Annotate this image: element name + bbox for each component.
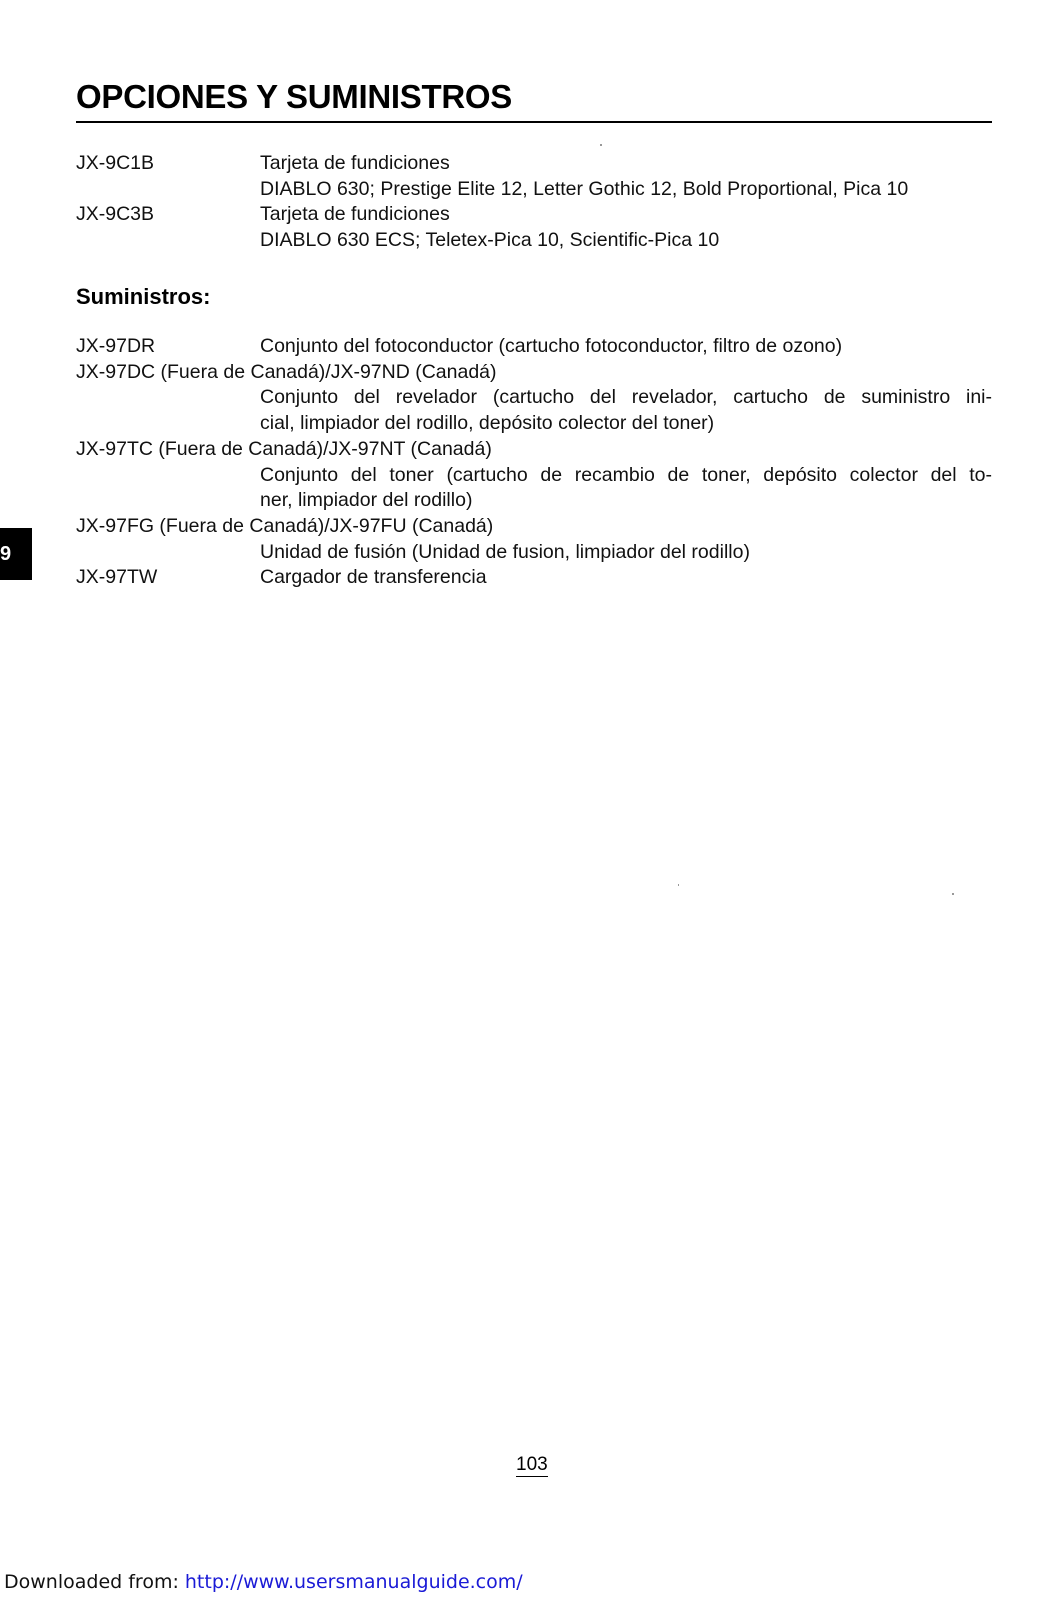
chapter-number: 9 xyxy=(0,543,11,566)
option-details: DIABLO 630; Prestige Elite 12, Letter Go… xyxy=(260,177,996,203)
supply-code: JX-97DC (Fuera de Canadá)/JX-97ND (Canad… xyxy=(76,360,996,386)
supply-item: JX-97TC (Fuera de Canadá)/JX-97NT (Canad… xyxy=(76,437,996,514)
supply-code: JX-97FG (Fuera de Canadá)/JX-97FU (Canad… xyxy=(76,514,996,540)
title-underline xyxy=(76,121,992,123)
supply-description-cont: ner, limpiador del rodillo) xyxy=(260,488,992,514)
supply-description: Conjunto del fotoconductor (cartucho fot… xyxy=(260,334,996,360)
options-list: JX-9C1B Tarjeta de fundiciones DIABLO 63… xyxy=(76,151,996,254)
page-number: 103 xyxy=(516,1454,548,1477)
supply-item: JX-97DC (Fuera de Canadá)/JX-97ND (Canad… xyxy=(76,360,996,437)
scan-speck xyxy=(600,144,602,146)
supply-item: JX-97DR Conjunto del fotoconductor (cart… xyxy=(76,334,996,360)
footer-link[interactable]: http://www.usersmanualguide.com/ xyxy=(185,1571,523,1593)
chapter-tab: 9 xyxy=(0,528,32,580)
option-code: JX-9C1B xyxy=(76,151,154,177)
option-details: DIABLO 630 ECS; Teletex-Pica 10, Scienti… xyxy=(260,228,996,254)
supply-description: Unidad de fusión (Unidad de fusion, limp… xyxy=(260,540,992,566)
supply-code: JX-97TW xyxy=(76,565,157,591)
supply-item: JX-97FG (Fuera de Canadá)/JX-97FU (Canad… xyxy=(76,514,996,565)
option-description: Tarjeta de fundiciones xyxy=(260,202,996,228)
supply-description: Cargador de transferencia xyxy=(260,565,996,591)
supply-code: JX-97DR xyxy=(76,334,155,360)
supply-description-cont: cial, limpiador del rodillo, depósito co… xyxy=(260,411,992,437)
supply-description: Conjunto del revelador (cartucho del rev… xyxy=(260,385,992,411)
download-footer: Downloaded from: http://www.usersmanualg… xyxy=(4,1571,523,1593)
page-title: OPCIONES Y SUMINISTROS xyxy=(76,78,512,116)
supplies-heading: Suministros: xyxy=(76,284,210,310)
supplies-list: JX-97DR Conjunto del fotoconductor (cart… xyxy=(76,334,996,591)
supply-description: Conjunto del toner (cartucho de recambio… xyxy=(260,463,992,489)
option-code: JX-9C3B xyxy=(76,202,154,228)
supply-code: JX-97TC (Fuera de Canadá)/JX-97NT (Canad… xyxy=(76,437,996,463)
option-description: Tarjeta de fundiciones xyxy=(260,151,996,177)
scan-speck xyxy=(678,884,679,886)
option-item: JX-9C3B Tarjeta de fundiciones DIABLO 63… xyxy=(76,202,996,253)
option-item: JX-9C1B Tarjeta de fundiciones DIABLO 63… xyxy=(76,151,996,202)
supply-item: JX-97TW Cargador de transferencia xyxy=(76,565,996,591)
footer-prefix: Downloaded from: xyxy=(4,1571,185,1593)
scan-speck xyxy=(952,893,954,895)
